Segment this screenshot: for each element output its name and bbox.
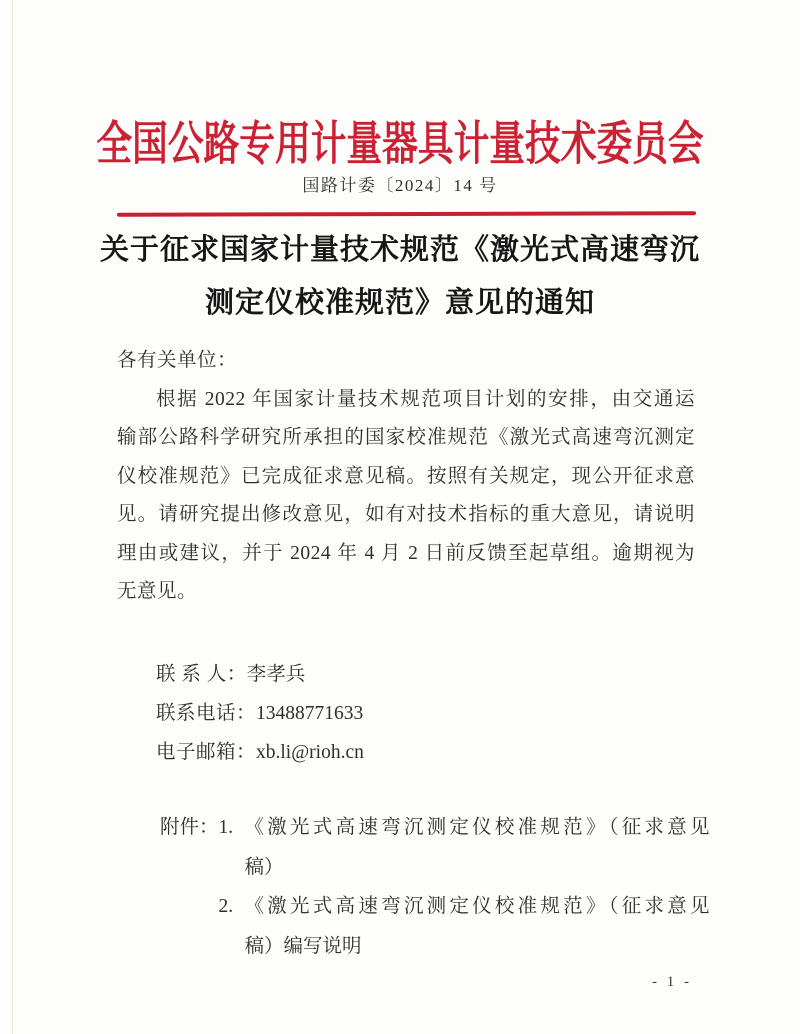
notice-title-line2: 测定仪校准规范》意见的通知 [0,277,800,330]
attachment-items: 1. 《激光式高速弯沉测定仪校准规范》（征求意见 稿） 2. 《激光式高速弯沉测… [219,808,710,966]
attachment-label: 附件： [160,808,219,966]
contact-row: 电子邮箱：xb.li@rioh.cn [156,733,364,772]
contact-block: 联 系 人：李孝兵 联系电话：13488771633 电子邮箱：xb.li@ri… [156,655,364,772]
contact-phone-value: 13488771633 [256,703,363,724]
attachment-line: 《激光式高速弯沉测定仪校准规范》（征求意见 [245,887,710,927]
body-line: 无意见。 [117,573,695,612]
body-line: 仪校准规范》已完成征求意见稿。按照有关规定，现公开征求意 [117,458,695,497]
contact-row: 联 系 人：李孝兵 [156,655,364,694]
attachment-number: 2. [219,887,245,966]
body-text: 各有关单位： 根据 2022 年国家计量技术规范项目计划的安排，由交通运 输部公… [117,342,695,612]
page-number: - 1 - [652,974,692,991]
contact-person-label: 联 系 人： [156,664,247,685]
attachment-line: 《激光式高速弯沉测定仪校准规范》（征求意见 [245,808,710,848]
body-line: 理由或建议，并于 2024 年 4 月 2 日前反馈至起草组。逾期视为 [117,535,695,574]
attachment-item: 1. 《激光式高速弯沉测定仪校准规范》（征求意见 稿） [219,808,710,887]
notice-title-line1: 关于征求国家计量技术规范《激光式高速弯沉 [0,224,800,277]
salutation: 各有关单位： [117,342,695,381]
attachment-line: 稿） [245,848,710,888]
notice-title: 关于征求国家计量技术规范《激光式高速弯沉 测定仪校准规范》意见的通知 [0,224,800,330]
org-name-text: 全国公路专用计量器具计量技术委员会 [96,106,703,173]
document-page: 全国公路专用计量器具计量技术委员会 国路计委〔2024〕14 号 关于征求国家计… [0,0,800,1034]
doc-number: 国路计委〔2024〕14 号 [0,171,800,196]
red-divider-rule [117,211,696,217]
contact-row: 联系电话：13488771633 [156,694,364,733]
attachment-number: 1. [219,808,245,887]
contact-email-label: 电子邮箱： [156,742,256,763]
attachment-line: 稿）编写说明 [245,927,710,967]
body-line: 见。请研究提出修改意见，如有对技术指标的重大意见，请说明 [117,496,695,535]
org-name-heading: 全国公路专用计量器具计量技术委员会 [0,106,800,161]
attachment-item: 2. 《激光式高速弯沉测定仪校准规范》（征求意见 稿）编写说明 [219,887,710,966]
attachment-text: 《激光式高速弯沉测定仪校准规范》（征求意见 稿） [245,808,710,887]
attachment-block: 附件： 1. 《激光式高速弯沉测定仪校准规范》（征求意见 稿） 2. 《激光式高… [160,808,696,966]
body-line: 根据 2022 年国家计量技术规范项目计划的安排，由交通运 [117,381,695,420]
attachment-text: 《激光式高速弯沉测定仪校准规范》（征求意见 稿）编写说明 [245,887,710,966]
contact-email-value: xb.li@rioh.cn [256,742,364,763]
contact-person-value: 李孝兵 [247,664,306,685]
body-line: 输部公路科学研究所承担的国家校准规范《激光式高速弯沉测定 [117,419,695,458]
contact-phone-label: 联系电话： [156,703,256,724]
